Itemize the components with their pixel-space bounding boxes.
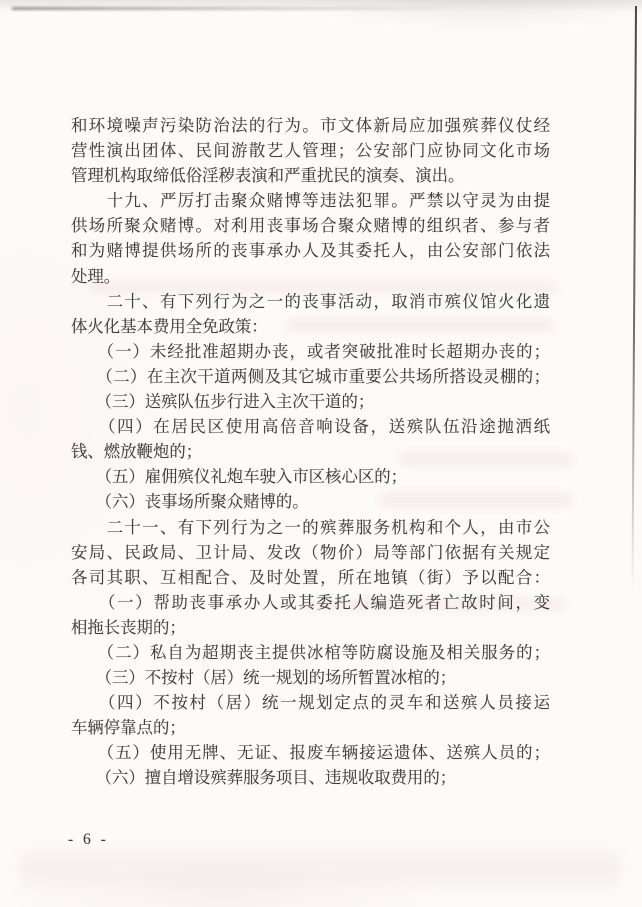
text-line: （三）送殡队伍步行进入主次干道的； — [71, 389, 550, 414]
text-line: （六）擅自增设殡葬服务项目、违规收取费用的； — [71, 765, 550, 790]
text-line: 处理。 — [71, 264, 550, 289]
text-line: （四）在居民区使用高倍音响设备，送殡队伍沿途抛洒纸 — [71, 414, 550, 439]
text-line: 供场所聚众赌博。对利用丧事场合聚众赌博的组织者、参与者 — [71, 213, 550, 238]
text-line: 和环境噪声污染防治法的行为。市文体新局应加强殡葬仪仗经 — [71, 113, 550, 138]
text-line: 和为赌博提供场所的丧事承办人及其委托人，由公安部门依法 — [71, 238, 550, 263]
page-number: - 6 - — [68, 831, 107, 849]
text-line: 二十、有下列行为之一的丧事活动，取消市殡仪馆火化遗 — [71, 289, 550, 314]
bleed-through-smudge — [20, 852, 620, 886]
text-line: 安局、民政局、卫计局、发改（物价）局等部门依据有关规定 — [71, 540, 550, 565]
text-line: 二十一、有下列行为之一的殡葬服务机构和个人，由市公 — [71, 515, 550, 540]
text-line: 营性演出团体、民间游散艺人管理；公安部门应协同文化市场 — [71, 138, 550, 163]
text-line: （二）私自为超期丧主提供冰棺等防腐设施及相关服务的； — [71, 640, 550, 665]
text-line: 各司其职、互相配合、及时处置，所在地镇（街）予以配合： — [71, 565, 550, 590]
text-line: （五）雇佣殡仪礼炮车驶入市区核心区的； — [71, 464, 550, 489]
text-line: 钱、燃放鞭炮的； — [71, 439, 550, 464]
scan-top-streak-artifact — [12, 7, 454, 10]
text-line: （六）丧事场所聚众赌博的。 — [71, 489, 550, 514]
text-line: （四）不按村（居）统一规划定点的灵车和送殡人员接运 — [71, 690, 550, 715]
text-line: （一）帮助丧事承办人或其委托人编造死者亡故时间，变 — [71, 590, 550, 615]
text-line: （一）未经批准超期办丧，或者突破批准时长超期办丧的； — [71, 339, 550, 364]
scan-top-haze-artifact — [0, 0, 642, 12]
text-line: 十九、严厉打击聚众赌博等违法犯罪。严禁以守灵为由提 — [71, 188, 550, 213]
text-line: 相拖长丧期的； — [71, 615, 550, 640]
text-line: （二）在主次干道两侧及其它城市重要公共场所搭设灵棚的； — [71, 364, 550, 389]
text-line: （五）使用无牌、无证、报废车辆接运遗体、送殡人员的； — [71, 740, 550, 765]
text-line: 体火化基本费用全免政策： — [71, 314, 550, 339]
document-text-block: 和环境噪声污染防治法的行为。市文体新局应加强殡葬仪仗经营性演出团体、民间游散艺人… — [71, 113, 550, 791]
text-line: 管理机构取缔低俗淫秽表演和严重扰民的演奏、演出。 — [71, 163, 550, 188]
text-line: （三）不按村（居）统一规划的场所暂置冰棺的； — [71, 665, 550, 690]
text-line: 车辆停靠点的； — [71, 715, 550, 740]
